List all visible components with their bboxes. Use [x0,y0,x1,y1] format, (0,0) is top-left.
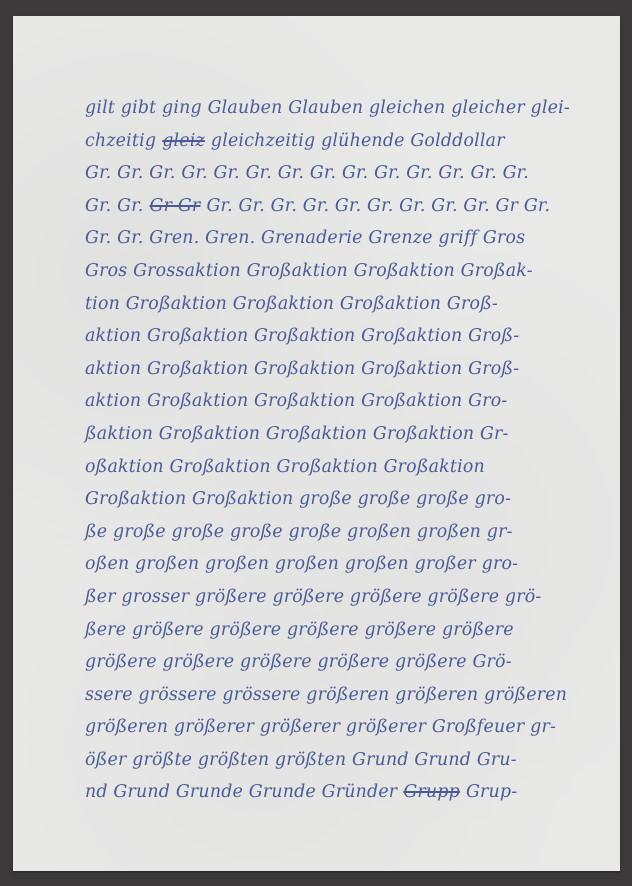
text-line-7: tion Großaktion Großaktion Großaktion Gr… [85,288,585,321]
line-text: Gr. Gr. Gr. Gr. Gr. Gr. Gr. Gr. Gr. Gr. … [85,163,529,183]
text-line-6: Gros Grossaktion Großaktion Großaktion G… [85,255,585,288]
line-text: tion Großaktion Großaktion Großaktion Gr… [85,294,498,314]
line-text: Grup- [466,782,517,802]
text-line-3: Gr. Gr. Gr. Gr. Gr. Gr. Gr. Gr. Gr. Gr. … [85,157,585,190]
line-text: Großaktion Großaktion große große große … [85,489,511,509]
line-text: ößer größte größten größten Grund Grund … [85,750,517,770]
line-text: gleichzeitig glühende Golddollar [211,131,505,151]
text-line-10: aktion Großaktion Großaktion Großaktion … [85,385,585,418]
line-text: chzeitig [85,131,156,151]
line-text: gilt gibt ging Glauben Glauben gleichen … [85,98,570,118]
text-line-12: oßaktion Großaktion Großaktion Großaktio… [85,451,585,484]
handwritten-text-block: gilt gibt ging Glauben Glauben gleichen … [85,92,585,809]
line-text: größere größere größere größere größere … [85,652,512,672]
text-line-4: Gr. Gr.Gr GrGr. Gr. Gr. Gr. Gr. Gr. Gr. … [85,190,585,223]
text-line-13: Großaktion Großaktion große große große … [85,483,585,516]
line-text: ssere grössere grössere größeren größere… [85,685,567,705]
text-line-9: aktion Großaktion Großaktion Großaktion … [85,353,585,386]
line-text: ße große große große große großen großen… [85,522,513,542]
line-text: Gros Grossaktion Großaktion Großaktion G… [85,261,533,281]
line-text: Gr. Gr. Gren. Gren. Grenaderie Grenze gr… [85,228,525,248]
text-line-1: gilt gibt ging Glauben Glauben gleichen … [85,92,585,125]
line-text: oßaktion Großaktion Großaktion Großaktio… [85,457,485,477]
text-line-18: größere größere größere größere größere … [85,646,585,679]
handwritten-page: gilt gibt ging Glauben Glauben gleichen … [13,16,620,871]
line-text: ßere größere größere größere größere grö… [85,620,514,640]
text-line-8: aktion Großaktion Großaktion Großaktion … [85,320,585,353]
line-text: aktion Großaktion Großaktion Großaktion … [85,391,507,411]
line-text: nd Grund Grunde Grunde Gründer [85,782,397,802]
text-line-11: ßaktion Großaktion Großaktion Großaktion… [85,418,585,451]
text-line-15: oßen großen großen großen großen großer … [85,548,585,581]
struck-out-word: gleiz [162,131,205,151]
line-text: ßer grosser größere größere größere größ… [85,587,541,607]
text-line-2: chzeitiggleizgleichzeitig glühende Goldd… [85,125,585,158]
text-line-21: ößer größte größten größten Grund Grund … [85,744,585,777]
line-text: oßen großen großen großen großen großer … [85,554,518,574]
text-line-20: größeren größerer größerer größerer Groß… [85,711,585,744]
struck-out-word: Gr Gr [150,196,201,216]
text-line-5: Gr. Gr. Gren. Gren. Grenaderie Grenze gr… [85,222,585,255]
text-line-16: ßer grosser größere größere größere größ… [85,581,585,614]
line-text: größeren größerer größerer größerer Groß… [85,717,556,737]
line-text: aktion Großaktion Großaktion Großaktion … [85,326,519,346]
text-line-19: ssere grössere grössere größeren größere… [85,679,585,712]
text-line-22: nd Grund Grunde Grunde GründerGruppGrup- [85,776,585,809]
line-text: Gr. Gr. [85,196,144,216]
line-text: aktion Großaktion Großaktion Großaktion … [85,359,519,379]
text-line-14: ße große große große große großen großen… [85,516,585,549]
struck-out-word: Grupp [403,782,460,802]
line-text: Gr. Gr. Gr. Gr. Gr. Gr. Gr. Gr. Gr. Gr G… [206,196,550,216]
text-line-17: ßere größere größere größere größere grö… [85,614,585,647]
line-text: ßaktion Großaktion Großaktion Großaktion… [85,424,509,444]
